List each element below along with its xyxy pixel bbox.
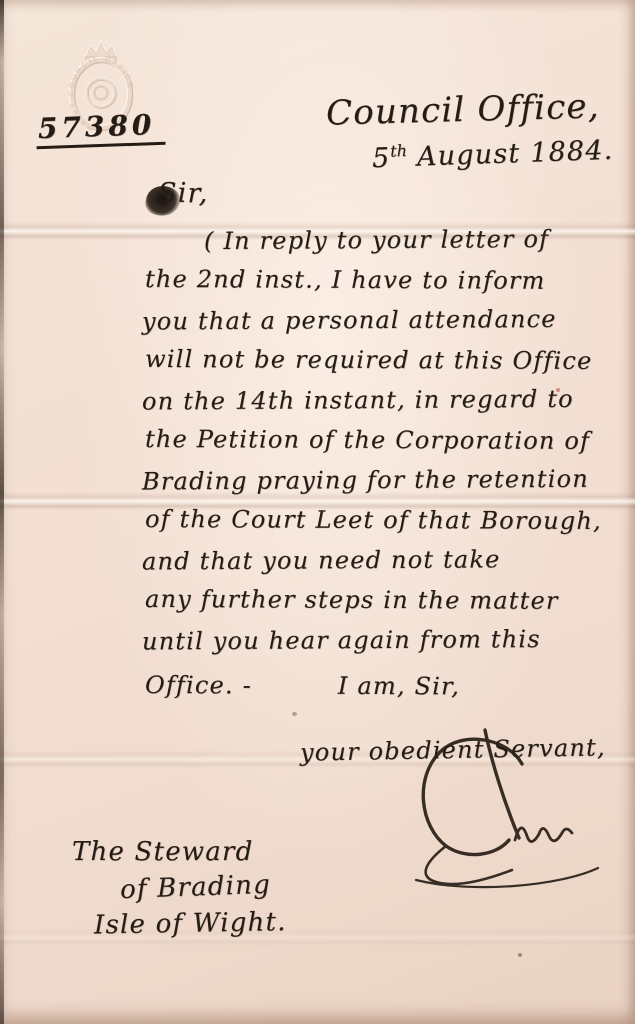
addressee-line: of Brading xyxy=(71,866,287,909)
valediction-i-am: I am, Sir, xyxy=(338,666,460,707)
signature-letters xyxy=(515,828,572,842)
body-line: any further steps in the matter xyxy=(142,579,628,621)
date-day: 5 xyxy=(372,143,391,175)
body-line: on the 14th instant, in regard to xyxy=(142,379,628,422)
letter-body: ( In reply to your letter of the 2nd ins… xyxy=(142,220,628,706)
paper-speck xyxy=(518,953,522,957)
body-line: you that a personal attendance xyxy=(142,299,628,342)
paper-speck xyxy=(292,712,297,716)
salutation: Sir, xyxy=(158,178,208,209)
body-line-text: Office. - xyxy=(145,665,252,705)
addressee-line: The Steward xyxy=(72,834,287,870)
signature-flourish xyxy=(388,728,612,904)
reference-number: 57380 xyxy=(35,108,166,149)
letter-page: PRIVY COUNCIL OFFICE 57380 Council Offic… xyxy=(0,0,635,1024)
body-line: of the Court Leet of that Borough, xyxy=(142,499,628,541)
addressee-line: Isle of Wight. xyxy=(72,904,287,944)
body-line: the 2nd inst., I have to inform xyxy=(142,259,628,301)
date-rest: August 1884. xyxy=(407,135,614,173)
body-line: and that you need not take xyxy=(142,539,628,582)
body-line: until you hear again from this xyxy=(142,619,628,662)
body-line-text: In reply to your letter of xyxy=(223,225,549,255)
date-line: 5th August 1884. xyxy=(372,134,614,174)
body-line: ( In reply to your letter of xyxy=(142,219,628,262)
body-line: Brading praying for the retention xyxy=(142,459,628,502)
body-last-row: Office. -I am, Sir, xyxy=(142,665,628,707)
office-heading: Council Office, xyxy=(326,86,601,133)
body-line: the Petition of the Corporation of xyxy=(142,419,628,461)
signature-lower-loop xyxy=(426,846,512,884)
signature-c-loop xyxy=(423,739,522,854)
date-ordinal: th xyxy=(390,141,407,161)
body-line: will not be required at this Office xyxy=(142,339,628,381)
pen-stroke: ( xyxy=(204,227,224,255)
scan-edge-shadow xyxy=(0,0,4,1024)
addressee-block: The Steward of Brading Isle of Wight. xyxy=(72,834,287,942)
